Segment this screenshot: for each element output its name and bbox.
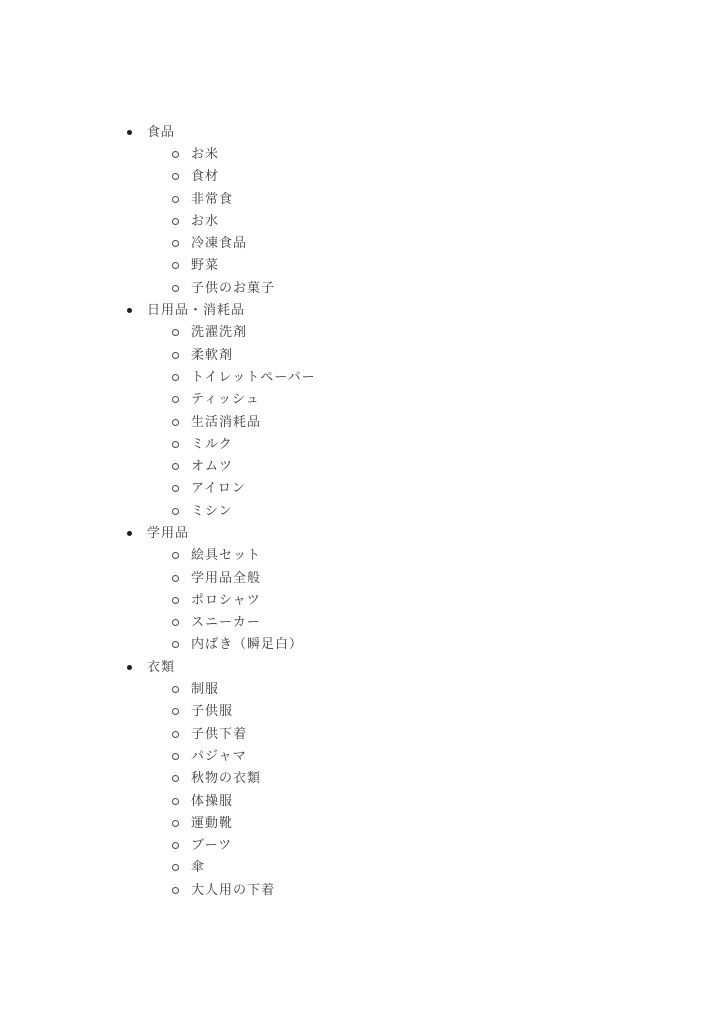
list-item-label: お水: [191, 215, 219, 228]
list-item-label: 子供服: [191, 705, 233, 718]
section-label: 衣類: [147, 661, 175, 674]
open-circle-bullet-icon: [172, 262, 179, 269]
list-item-label: スニーカー: [191, 616, 261, 629]
list-item-label: ティッシュ: [191, 393, 260, 406]
section-header-line: 食品: [125, 121, 685, 143]
open-circle-bullet-icon: [172, 619, 179, 626]
open-circle-bullet-icon: [172, 887, 179, 894]
open-circle-bullet-icon: [172, 419, 179, 426]
list-item-label: 絵具セット: [191, 549, 261, 562]
filled-dot-bullet-icon: [127, 665, 132, 670]
list-item: ブーツ: [125, 835, 685, 857]
open-circle-bullet-icon: [172, 374, 179, 381]
open-circle-bullet-icon: [172, 798, 179, 805]
list-section: 衣類制服子供服子供下着パジャマ秋物の衣類体操服運動靴ブーツ傘大人用の下着: [125, 656, 685, 901]
list-item-label: 非常食: [191, 193, 233, 206]
list-item: ポロシャツ: [125, 589, 685, 611]
list-item: 傘: [125, 857, 685, 879]
open-circle-bullet-icon: [172, 597, 179, 604]
section-label: 学用品: [147, 527, 189, 540]
open-circle-bullet-icon: [172, 396, 179, 403]
section-header-line: 衣類: [125, 656, 685, 678]
filled-dot-bullet-icon: [127, 130, 132, 135]
list-item: 食材: [125, 166, 685, 188]
open-circle-bullet-icon: [172, 820, 179, 827]
list-item-label: 食材: [191, 170, 219, 183]
open-circle-bullet-icon: [172, 775, 179, 782]
list-section: 日用品・消耗品洗濯洗剤柔軟剤トイレットペーパーティッシュ生活消耗品ミルクオムツア…: [125, 299, 685, 522]
list-item-label: お米: [191, 148, 219, 161]
open-circle-bullet-icon: [172, 173, 179, 180]
list-item: 運動靴: [125, 812, 685, 834]
list-item: 絵具セット: [125, 545, 685, 567]
section-header-line: 学用品: [125, 522, 685, 544]
list-item: 非常食: [125, 188, 685, 210]
list-item: 野菜: [125, 255, 685, 277]
list-item-label: ミシン: [191, 505, 233, 518]
list-item-label: アイロン: [191, 482, 246, 495]
list-item: ミシン: [125, 500, 685, 522]
list-item: 内ばき（瞬足白）: [125, 634, 685, 656]
open-circle-bullet-icon: [172, 352, 179, 359]
open-circle-bullet-icon: [172, 552, 179, 559]
list-item: 制服: [125, 678, 685, 700]
list-item-label: 生活消耗品: [191, 416, 261, 429]
list-item: スニーカー: [125, 612, 685, 634]
filled-dot-bullet-icon: [127, 308, 132, 313]
list-item: アイロン: [125, 478, 685, 500]
list-item: ティッシュ: [125, 389, 685, 411]
list-item: ミルク: [125, 433, 685, 455]
list-item: 子供のお菓子: [125, 277, 685, 299]
list-item: パジャマ: [125, 745, 685, 767]
open-circle-bullet-icon: [172, 441, 179, 448]
filled-dot-bullet-icon: [127, 531, 132, 536]
open-circle-bullet-icon: [172, 842, 179, 849]
section-label: 日用品・消耗品: [147, 304, 245, 317]
list-section: 学用品絵具セット学用品全般ポロシャツスニーカー内ばき（瞬足白）: [125, 522, 685, 656]
list-item-label: 大人用の下着: [191, 884, 275, 897]
open-circle-bullet-icon: [172, 731, 179, 738]
list-item: トイレットペーパー: [125, 366, 685, 388]
section-header-line: 日用品・消耗品: [125, 299, 685, 321]
open-circle-bullet-icon: [172, 463, 179, 470]
list-item: 秋物の衣類: [125, 768, 685, 790]
list-item: オムツ: [125, 455, 685, 477]
list-item-label: トイレットペーパー: [191, 371, 316, 384]
list-item-label: 内ばき（瞬足白）: [191, 638, 303, 651]
open-circle-bullet-icon: [172, 485, 179, 492]
list-item: 体操服: [125, 790, 685, 812]
list-item: お水: [125, 210, 685, 232]
list-item-label: 体操服: [191, 795, 233, 808]
list-item: 学用品全般: [125, 567, 685, 589]
list-item: 子供服: [125, 701, 685, 723]
open-circle-bullet-icon: [172, 575, 179, 582]
list-item: 柔軟剤: [125, 344, 685, 366]
open-circle-bullet-icon: [172, 686, 179, 693]
open-circle-bullet-icon: [172, 508, 179, 515]
list-item-label: ブーツ: [191, 839, 232, 852]
list-item: お米: [125, 143, 685, 165]
list-item: 洗濯洗剤: [125, 322, 685, 344]
list-item-label: パジャマ: [191, 750, 247, 763]
list-item: 生活消耗品: [125, 411, 685, 433]
open-circle-bullet-icon: [172, 151, 179, 158]
list-item-label: 柔軟剤: [191, 349, 233, 362]
list-item-label: 制服: [191, 683, 219, 696]
open-circle-bullet-icon: [172, 708, 179, 715]
list-item: 子供下着: [125, 723, 685, 745]
open-circle-bullet-icon: [172, 329, 179, 336]
open-circle-bullet-icon: [172, 864, 179, 871]
list-item-label: ポロシャツ: [191, 594, 261, 607]
open-circle-bullet-icon: [172, 218, 179, 225]
list-item-label: 学用品全般: [191, 572, 261, 585]
list-item-label: 子供のお菓子: [191, 282, 275, 295]
list-item: 大人用の下着: [125, 879, 685, 901]
open-circle-bullet-icon: [172, 285, 179, 292]
section-label: 食品: [147, 126, 175, 139]
bulleted-list: 食品お米食材非常食お水冷凍食品野菜子供のお菓子日用品・消耗品洗濯洗剤柔軟剤トイレ…: [125, 121, 685, 901]
list-item-label: 傘: [191, 861, 205, 874]
open-circle-bullet-icon: [172, 641, 179, 648]
list-item-label: 運動靴: [191, 817, 233, 830]
list-item-label: ミルク: [191, 438, 233, 451]
open-circle-bullet-icon: [172, 196, 179, 203]
list-item-label: 子供下着: [191, 728, 247, 741]
list-item-label: オムツ: [191, 460, 233, 473]
list-item: 冷凍食品: [125, 232, 685, 254]
list-item-label: 秋物の衣類: [191, 772, 261, 785]
open-circle-bullet-icon: [172, 240, 179, 247]
list-item-label: 冷凍食品: [191, 237, 247, 250]
list-item-label: 野菜: [191, 259, 219, 272]
open-circle-bullet-icon: [172, 753, 179, 760]
document-page: 食品お米食材非常食お水冷凍食品野菜子供のお菓子日用品・消耗品洗濯洗剤柔軟剤トイレ…: [0, 0, 724, 1024]
list-item-label: 洗濯洗剤: [191, 326, 247, 339]
list-section: 食品お米食材非常食お水冷凍食品野菜子供のお菓子: [125, 121, 685, 299]
